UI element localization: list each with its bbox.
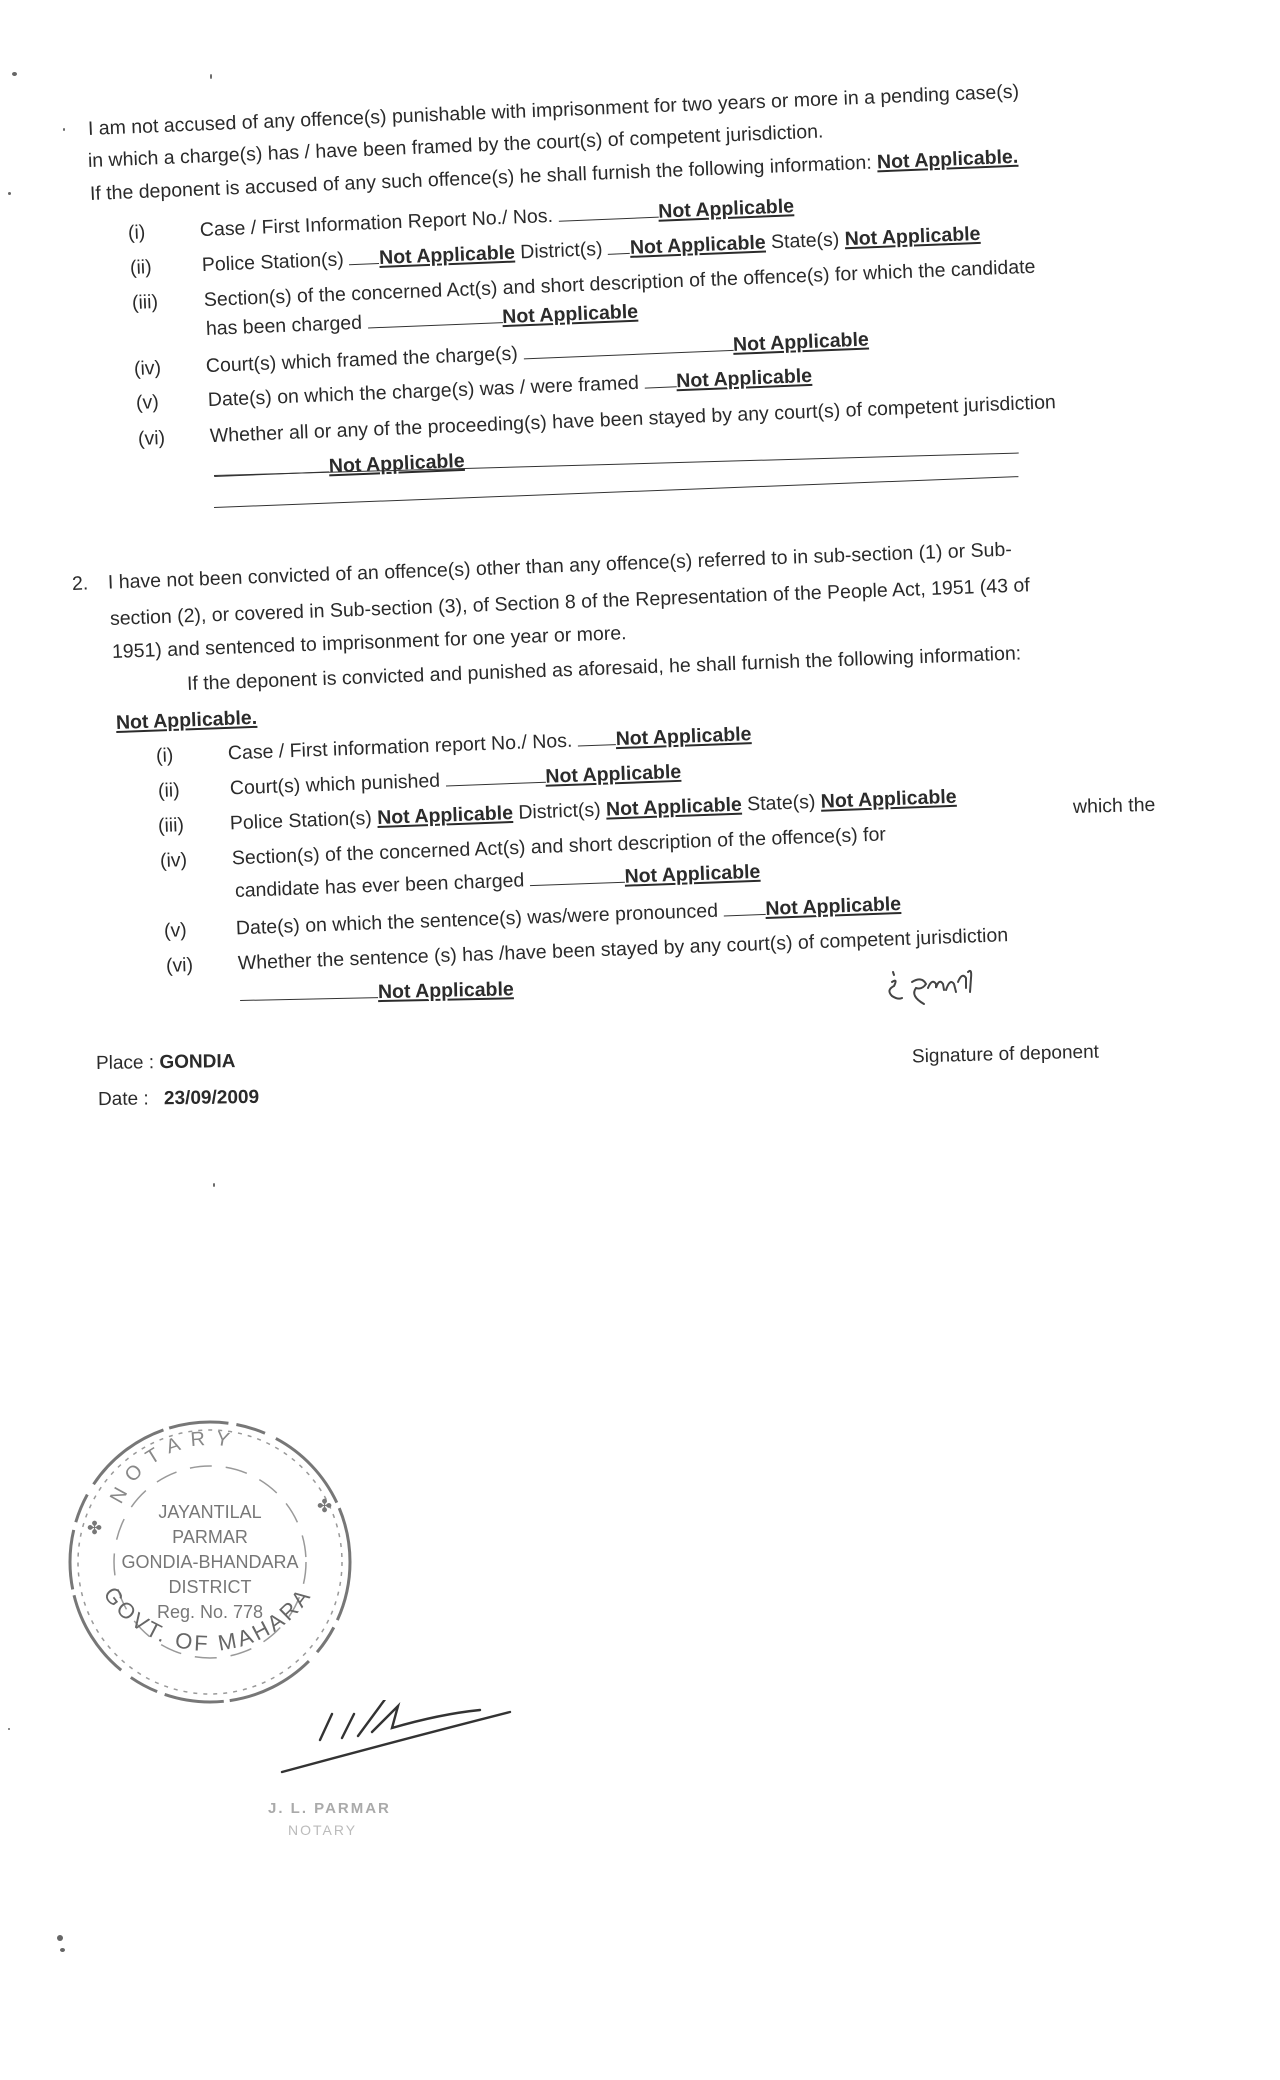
stamp-seal-icon: NOTARY GOVT. OF MAHARA JAYANTILAL PARMAR… (55, 1400, 365, 1720)
svg-text:✤: ✤ (87, 1518, 102, 1538)
signature-label-row: Signature of deponent (912, 1042, 1100, 1069)
section2-item-vi-answer: Not Applicable (240, 978, 514, 1007)
item-number: (i) (156, 742, 229, 768)
answer-blank (349, 262, 379, 265)
item-number: (iv) (134, 355, 207, 381)
item-label: Date(s) on which the charge(s) was / wer… (207, 372, 639, 411)
svg-text:DISTRICT: DISTRICT (169, 1577, 252, 1597)
section2-item-iv-tail: which the (1073, 794, 1156, 819)
answer-rule (214, 476, 1018, 508)
scan-speck (8, 1728, 10, 1730)
item-label: Police Station(s) (201, 248, 344, 276)
item-number: (ii) (158, 777, 231, 803)
district-label: District(s) (518, 799, 601, 824)
svg-text:NOTARY: NOTARY (106, 1427, 241, 1507)
section2-number: 2. (72, 572, 109, 596)
item-label: candidate has ever been charged (235, 869, 525, 902)
notary-name: J. L. PARMAR (268, 1800, 391, 1817)
item-label: Court(s) which framed the charge(s) (205, 343, 518, 378)
date-row: Date : 23/09/2009 (98, 1087, 259, 1111)
svg-text:✤: ✤ (317, 1496, 332, 1516)
state-answer: Not Applicable (844, 223, 981, 250)
notary-name-stamp: J. L. PARMAR (268, 1800, 391, 1817)
section2-item-ii: (ii)Court(s) which punished Not Applicab… (158, 761, 682, 803)
scan-speck (12, 72, 17, 76)
answer-blank (240, 996, 378, 1001)
item-answer: Not Applicable (502, 301, 639, 328)
item-number: (iv) (160, 847, 233, 873)
item-answer: Not Applicable (545, 761, 682, 788)
svg-text:PARMAR: PARMAR (172, 1527, 248, 1547)
scan-speck (213, 1183, 215, 1187)
item-number: (iii) (158, 812, 231, 838)
answer-blank (608, 252, 630, 255)
section1-answer: Not Applicable. (877, 146, 1019, 174)
scan-speck (60, 1948, 65, 1952)
answer-blank (724, 913, 766, 917)
scan-speck (210, 74, 212, 79)
notary-stamp: NOTARY GOVT. OF MAHARA JAYANTILAL PARMAR… (55, 1400, 365, 1720)
date-label: Date : (98, 1088, 149, 1110)
district-label: District(s) (520, 238, 603, 263)
item-answer: Not Applicable (378, 978, 514, 1003)
item-number: (v) (164, 917, 237, 943)
item-answer: Not Applicable (328, 450, 465, 477)
signature-label: Signature of deponent (912, 1042, 1099, 1068)
notary-title: NOTARY (288, 1822, 357, 1838)
deponent-signature (880, 960, 1030, 1010)
scan-speck (8, 192, 11, 195)
place-value: GONDIA (159, 1051, 235, 1073)
item-label: Court(s) which punished (230, 770, 441, 800)
state-label: State(s) (771, 229, 840, 254)
item-number: (ii) (130, 254, 203, 280)
item-label: Case / First information report No./ Nos… (228, 730, 573, 765)
police-answer: Not Applicable (377, 802, 514, 829)
item-answer: Not Applicable (615, 723, 752, 750)
section2-answer: Not Applicable. (116, 707, 258, 734)
scan-speck (63, 128, 65, 131)
notary-title-stamp: NOTARY (288, 1822, 357, 1838)
district-answer: Not Applicable (606, 794, 743, 821)
item-number: (i) (128, 219, 201, 245)
item-answer: Not Applicable (658, 195, 795, 222)
answer-blank (446, 781, 546, 787)
answer-blank (523, 349, 733, 359)
item-label: has been charged (206, 312, 363, 340)
item-label: which the (1073, 794, 1156, 818)
answer-blank (530, 881, 625, 886)
section2-text: 1951) and sentenced to imprisonment for … (112, 622, 627, 663)
item-answer: Not Applicable (624, 861, 761, 888)
stamp-line-1: JAYANTILAL (158, 1502, 261, 1522)
section2-line-3: 1951) and sentenced to imprisonment for … (112, 622, 627, 664)
svg-text:GONDIA-BHANDARA: GONDIA-BHANDARA (121, 1552, 298, 1572)
district-answer: Not Applicable (630, 231, 767, 258)
answer-blank (368, 321, 503, 328)
svg-text:Reg. No. 778: Reg. No. 778 (157, 1602, 263, 1622)
section2-answer-line: Not Applicable. (116, 707, 258, 735)
place-label: Place : (96, 1052, 154, 1074)
item-label: Police Station(s) (230, 807, 373, 834)
item-label: Date(s) on which the sentence(s) was/wer… (236, 900, 719, 940)
section1-item-vi-answer: Not Applicable (214, 450, 466, 483)
police-answer: Not Applicable (379, 242, 516, 269)
item-number: (iii) (132, 289, 205, 315)
item-answer: Not Applicable (676, 365, 813, 392)
item-number: (v) (136, 389, 209, 415)
item-answer: Not Applicable (733, 328, 870, 355)
answer-blank (578, 743, 616, 746)
notary-signature (280, 1700, 520, 1780)
scan-speck (57, 1935, 63, 1941)
date-value: 23/09/2009 (164, 1087, 259, 1109)
state-label: State(s) (747, 791, 816, 815)
item-number: (vi) (138, 425, 211, 451)
answer-blank (644, 385, 676, 388)
item-number: (vi) (166, 952, 239, 978)
item-label: Case / First Information Report No./ Nos… (199, 205, 553, 241)
state-answer: Not Applicable (820, 786, 957, 813)
place-row: Place : GONDIA (96, 1051, 236, 1075)
item-answer: Not Applicable (765, 893, 902, 920)
answer-blank (559, 216, 659, 222)
affidavit-page: I am not accused of any offence(s) punis… (0, 0, 1280, 2080)
